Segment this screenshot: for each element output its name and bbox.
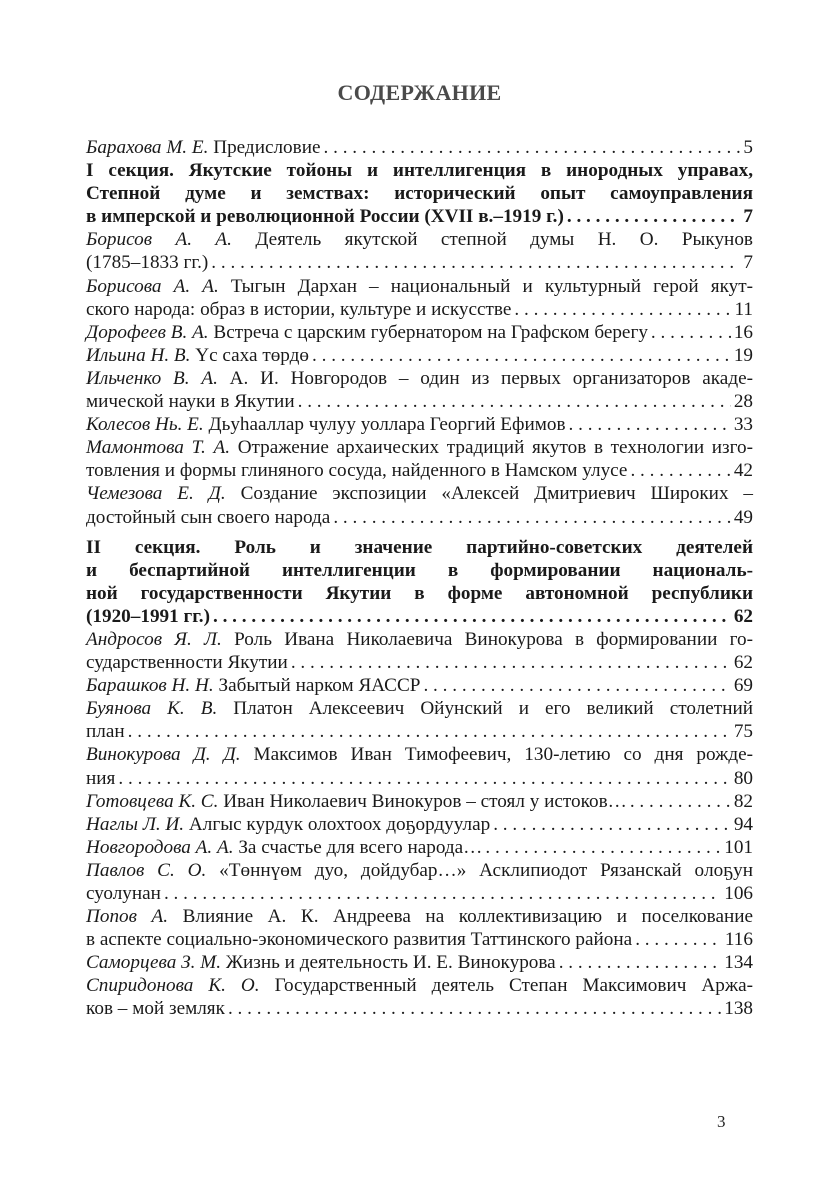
entry-title: Платон Алексеевич Ойунский и его великий…: [233, 698, 753, 719]
entry-author: Наглы Л. И.: [86, 814, 184, 835]
entry-author: Павлов С. О.: [86, 860, 206, 881]
entry-author: Винокурова Д. Д.: [86, 744, 241, 765]
toc-entry[interactable]: Наглы Л. И. Алгыс курдук олохтоох доҕорд…: [86, 813, 753, 836]
entry-page: 69: [734, 674, 753, 697]
entry-page: 49: [734, 506, 753, 529]
leader-dots: [423, 674, 730, 697]
entry-page: 94: [734, 813, 753, 836]
leader-dots: [312, 344, 731, 367]
entry-first-line: Буянова К. В. Платон Алексеевич Ойунский…: [86, 697, 753, 720]
entry-title: Роль Ивана Николаевича Винокурова в форм…: [234, 629, 753, 650]
entry-title-cont: ния: [86, 767, 115, 790]
entry-author: Ильченко В. А.: [86, 368, 218, 389]
entry-page: 11: [735, 298, 753, 321]
toc-entry[interactable]: Ильченко В. А. А. И. Новгородов – один и…: [86, 367, 753, 413]
entry-page: 75: [734, 720, 753, 743]
leader-dots: [228, 997, 721, 1020]
entry-title-cont: ского народа: образ в истории, культуре …: [86, 298, 511, 321]
toc-entry[interactable]: Колесов Нь. Е. Дьуһааллар чулуу уоллара …: [86, 413, 753, 436]
entry-title: Государственный деятель Степан Максимови…: [275, 975, 753, 996]
entry-first-line: Андросов Я. Л. Роль Ивана Николаевича Ви…: [86, 628, 753, 651]
toc-entry[interactable]: Саморцева З. М. Жизнь и деятельность И. …: [86, 951, 753, 974]
entry-first-line: Мамонтова Т. А. Отражение архаических тр…: [86, 436, 753, 459]
toc-entry[interactable]: Борисов А. А. Деятель якутской степной д…: [86, 228, 753, 274]
toc-entry[interactable]: Винокурова Д. Д. Максимов Иван Тимофееви…: [86, 743, 753, 789]
entry-page: 33: [734, 413, 753, 436]
entry-page: 101: [724, 836, 753, 859]
entry-page: 106: [724, 882, 753, 905]
entry-author: Новгородова А. А.: [86, 837, 234, 858]
entry-page: 19: [734, 344, 753, 367]
leader-dots: [493, 813, 731, 836]
section-heading-1[interactable]: I секция. Якутские тойоны и интеллигенци…: [86, 159, 753, 228]
section-spacer: [86, 529, 753, 536]
leader-dots: [213, 605, 731, 628]
section-heading-line: II секция. Роль и значение партийно-сове…: [86, 536, 753, 559]
entry-title-cont: суолунан: [86, 882, 161, 905]
entry-title: «Төннүөм дуо, дойдубар…» Асклипиодот Ряз…: [219, 860, 753, 881]
leader-dots: [164, 882, 721, 905]
toc-entry[interactable]: Павлов С. О. «Төннүөм дуо, дойдубар…» Ас…: [86, 859, 753, 905]
entry-title: Тыгын Дархан – национальный и культурный…: [231, 276, 753, 297]
entry-author: Дорофеев В. А.: [86, 322, 209, 343]
entry-author: Буянова К. В.: [86, 698, 217, 719]
toc-entry[interactable]: Борисова А. А. Тыгын Дархан – национальн…: [86, 275, 753, 321]
toc-entry-intro[interactable]: Барахова М. Е. Предисловие 5: [86, 136, 753, 159]
entry-title: Жизнь и деятельность И. Е. Винокурова: [226, 952, 556, 973]
leader-dots: [569, 413, 731, 436]
section-heading-line: в имперской и революционной России (XVII…: [86, 205, 564, 228]
leader-dots: [559, 951, 722, 974]
entry-author: Саморцева З. М.: [86, 952, 221, 973]
entry-author: Борисова А. А.: [86, 276, 219, 297]
leader-dots: [630, 459, 730, 482]
entry-first-line: Винокурова Д. Д. Максимов Иван Тимофееви…: [86, 743, 753, 766]
toc-entry[interactable]: Попов А. Влияние А. К. Андреева на колле…: [86, 905, 753, 951]
leader-dots: [291, 651, 731, 674]
leader-dots: [298, 390, 731, 413]
section-heading-line: (1920–1991 гг.): [86, 605, 210, 628]
entry-title-cont: ков – мой земляк: [86, 997, 225, 1020]
entry-author: Барахова М. Е.: [86, 137, 208, 158]
section-heading-line: ной государственности Якутии в форме авт…: [86, 582, 753, 605]
entry-title-cont: товления и формы глиняного сосуда, найде…: [86, 459, 627, 482]
section-2-entries: Андросов Я. Л. Роль Ивана Николаевича Ви…: [86, 628, 753, 1021]
toc-entry[interactable]: Дорофеев В. А. Встреча с царским губерна…: [86, 321, 753, 344]
entry-title: За счастье для всего народа…: [238, 837, 482, 858]
entry-title-cont: (1785–1833 гг.): [86, 251, 208, 274]
entry-page: 42: [734, 459, 753, 482]
entry-title: Дьуһааллар чулуу уоллара Георгий Ефимов: [209, 414, 566, 435]
entry-title: Деятель якутской степной думы Н. О. Рыку…: [255, 229, 753, 250]
toc-entry[interactable]: Ильина Н. В. Үс саха төрдө19: [86, 344, 753, 367]
section-1-entries: Борисов А. А. Деятель якутской степной д…: [86, 228, 753, 528]
leader-dots: [514, 298, 731, 321]
toc-entry[interactable]: Новгородова А. А. За счастье для всего н…: [86, 836, 753, 859]
entry-page: 80: [734, 767, 753, 790]
entry-title: Алгыс курдук олохтоох доҕордуулар: [189, 814, 490, 835]
section-heading-2[interactable]: II секция. Роль и значение партийно-сове…: [86, 536, 753, 628]
entry-page: 116: [725, 928, 753, 951]
entry-title: Влияние А. К. Андреева на коллективизаци…: [183, 906, 753, 927]
entry-author: Спиридонова К. О.: [86, 975, 260, 996]
entry-title-cont: в аспекте социально-экономического разви…: [86, 928, 632, 951]
entry-page: 134: [724, 951, 753, 974]
entry-author: Колесов Нь. Е.: [86, 414, 204, 435]
entry-page: 62: [734, 651, 753, 674]
entry-first-line: Борисов А. А. Деятель якутской степной д…: [86, 228, 753, 251]
entry-title-cont: мической науки в Якутии: [86, 390, 295, 413]
leader-dots: [651, 321, 731, 344]
entry-first-line: Попов А. Влияние А. К. Андреева на колле…: [86, 905, 753, 928]
leader-dots: [128, 720, 731, 743]
entry-author: Ильина Н. В.: [86, 345, 190, 366]
entry-title: А. И. Новгородов – один из первых органи…: [230, 368, 753, 389]
entry-author: Чемезова Е. Д.: [86, 483, 226, 504]
entry-title: Максимов Иван Тимофеевич, 130-летию со д…: [254, 744, 754, 765]
leader-dots: [324, 136, 741, 159]
leader-dots: [635, 928, 722, 951]
entry-page: 28: [734, 390, 753, 413]
toc-entry[interactable]: Барашков Н. Н. Забытый нарком ЯАССР69: [86, 674, 753, 697]
entry-page: 16: [734, 321, 753, 344]
leader-dots: [567, 205, 741, 228]
section-heading-line: и беспартийной интеллигенции в формирова…: [86, 559, 753, 582]
entry-title: Встреча с царским губернатором на Графск…: [213, 322, 648, 343]
entry-first-line: Ильченко В. А. А. И. Новгородов – один и…: [86, 367, 753, 390]
toc-entry[interactable]: Буянова К. В. Платон Алексеевич Ойунский…: [86, 697, 753, 743]
page-title: СОДЕРЖАНИЕ: [0, 80, 839, 106]
toc-entry[interactable]: Андросов Я. Л. Роль Ивана Николаевича Ви…: [86, 628, 753, 674]
entry-title: Забытый нарком ЯАССР: [218, 675, 420, 696]
leader-dots: [630, 790, 731, 813]
section-page: 7: [743, 205, 753, 228]
entry-author: Попов А.: [86, 906, 168, 927]
entry-page: 7: [743, 251, 753, 274]
entry-title: Үс саха төрдө: [195, 345, 309, 366]
entry-page: 138: [724, 997, 753, 1020]
leader-dots: [485, 836, 721, 859]
entry-title-cont: достойный сын своего народа: [86, 506, 330, 529]
entry-author: Андросов Я. Л.: [86, 629, 222, 650]
toc-entry[interactable]: Спиридонова К. О. Государственный деятел…: [86, 974, 753, 1020]
entry-first-line: Павлов С. О. «Төннүөм дуо, дойдубар…» Ас…: [86, 859, 753, 882]
toc-entry[interactable]: Мамонтова Т. А. Отражение архаических тр…: [86, 436, 753, 482]
entry-title-cont: план: [86, 720, 125, 743]
entry-title-cont: сударственности Якутии: [86, 651, 288, 674]
section-page: 62: [734, 605, 753, 628]
entry-first-line: Спиридонова К. О. Государственный деятел…: [86, 974, 753, 997]
leader-dots: [118, 767, 730, 790]
section-heading-line: I секция. Якутские тойоны и интеллигенци…: [86, 159, 753, 182]
entry-author: Готовцева К. С.: [86, 791, 218, 812]
entry-author: Барашков Н. Н.: [86, 675, 214, 696]
entry-page: 5: [743, 136, 753, 159]
entry-title: Создание экспозиции «Алексей Дмитриевич …: [241, 483, 753, 504]
toc-entry[interactable]: Чемезова Е. Д. Создание экспозиции «Алек…: [86, 482, 753, 528]
entry-title: Отражение архаических традиций якутов в …: [238, 437, 753, 458]
leader-dots: [333, 506, 731, 529]
entry-title: Предисловие: [213, 137, 320, 158]
section-heading-line: Степной думе и земствах: исторический оп…: [86, 182, 753, 205]
entry-page: 82: [734, 790, 753, 813]
page-number: 3: [717, 1112, 726, 1132]
toc-entry[interactable]: Готовцева К. С. Иван Николаевич Винокуро…: [86, 790, 753, 813]
entry-author: Борисов А. А.: [86, 229, 232, 250]
entry-first-line: Чемезова Е. Д. Создание экспозиции «Алек…: [86, 482, 753, 505]
table-of-contents: Барахова М. Е. Предисловие 5 I секция. Я…: [86, 136, 753, 1021]
entry-author: Мамонтова Т. А.: [86, 437, 230, 458]
entry-title: Иван Николаевич Винокуров – стоял у исто…: [223, 791, 627, 812]
leader-dots: [211, 251, 740, 274]
entry-first-line: Борисова А. А. Тыгын Дархан – национальн…: [86, 275, 753, 298]
